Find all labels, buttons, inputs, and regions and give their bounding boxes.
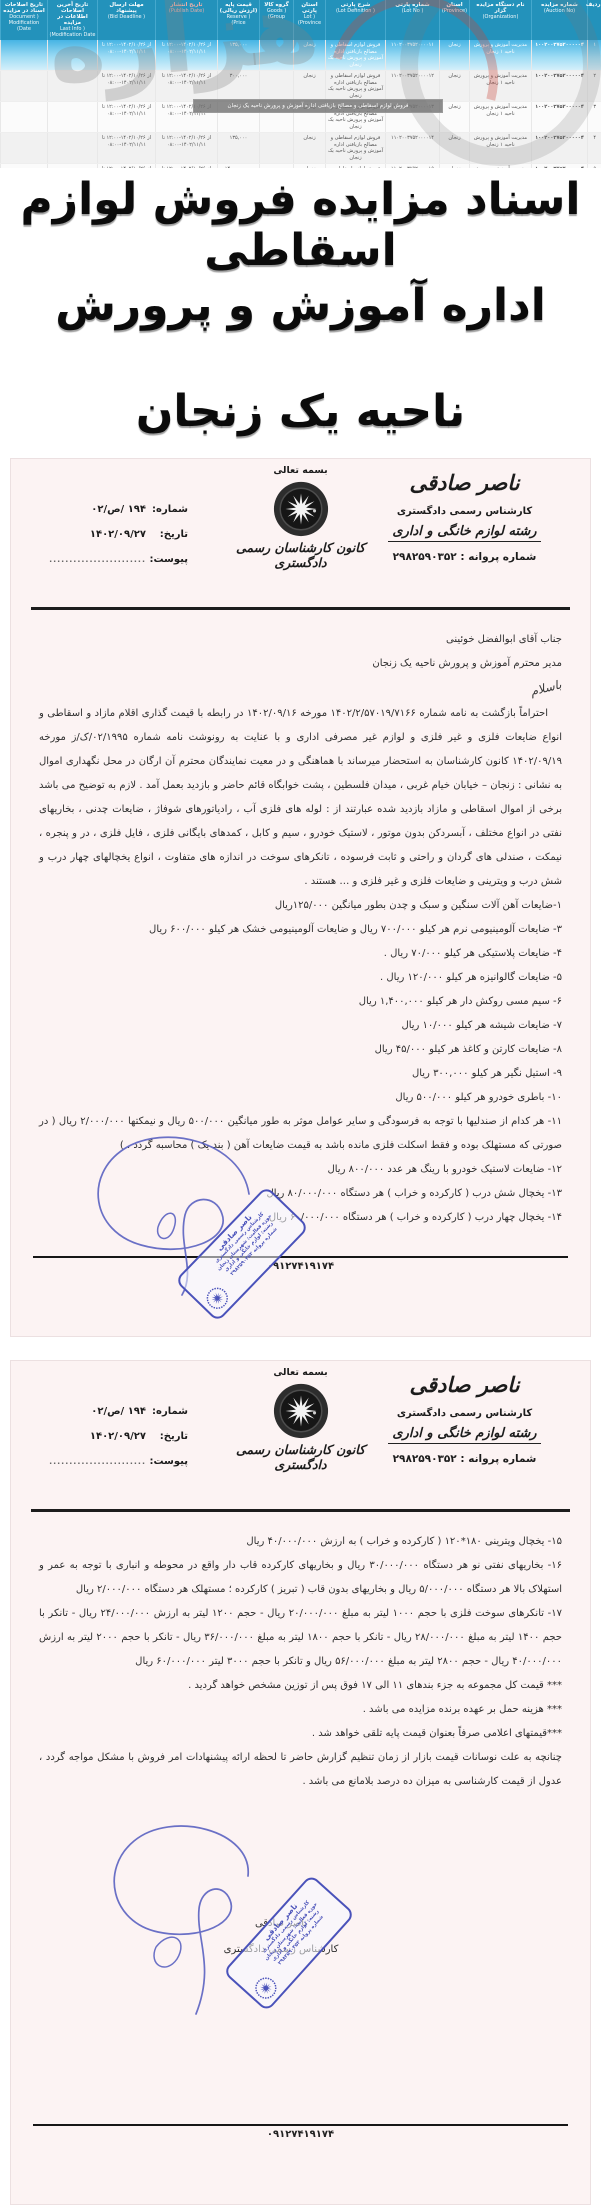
cell-doc_mod	[1, 71, 48, 102]
number-value: ۱۹۴ /ص/۰۲	[91, 504, 146, 515]
cell-province: زنجان	[440, 133, 470, 164]
page-footer-1: ۰۹۱۲۷۴۱۹۱۷۴	[33, 1256, 568, 1272]
attachment-value: ........................	[49, 555, 146, 564]
cell-lot_province: زنجان	[294, 40, 326, 71]
column-header-lot_province: استان پارتی( Lot Province)	[294, 0, 326, 40]
expert-field: رشته لوازم خانگی و اداری	[388, 524, 540, 542]
lot-definition-tooltip: فروش لوازم اسقاطی و مصالح بازیافتی اداره…	[193, 99, 443, 113]
footer-divider	[33, 2124, 568, 2126]
cell-org: مدیریت آموزش و پرورش ناحیه ۱ زنجان	[470, 102, 532, 133]
auction-table: ردیفشماره مزایده(Auction No)نام دستگاه م…	[0, 0, 601, 168]
column-header-goods_group: گروه کالا( Goods Group)	[260, 0, 294, 40]
cell-province: زنجان	[440, 40, 470, 71]
cell-last_mod	[48, 40, 98, 71]
table-header-row: ردیفشماره مزایده(Auction No)نام دستگاه م…	[1, 0, 601, 40]
cell-lot_no[interactable]: ۱۱۰۲۰۰۳۷۵۲۰۰۰۰۱۴	[386, 133, 440, 164]
cell-org: مدیریت آموزش و پرورش ناحیه ۱ زنجان	[470, 133, 532, 164]
letter-item: ۱۳- یخچال شش درب ( کارکرده و خراب ) هر د…	[39, 1182, 562, 1206]
cell-last_mod	[48, 102, 98, 133]
letter-item: *** قیمت کل مجموعه به جزء بندهای ۱۱ الی …	[39, 1674, 562, 1698]
cell-province: زنجان	[440, 71, 470, 102]
letter-item: ۹- استیل نگیر هر کیلو ۳۰۰,۰۰۰ ریال	[39, 1062, 562, 1086]
closing-paragraph: چنانچه به علت نوسانات قیمت بازار از زمان…	[39, 1746, 562, 1794]
auction-table-row: ۲۱۰۰۲۰۰۳۷۵۲۰۰۰۰۰۴مدیریت آموزش و پرورش نا…	[1, 71, 601, 102]
cell-goods_group	[260, 71, 294, 102]
column-header-last_mod: تاریخ آخرین اصلاحات اطلاعات در مزایده( L…	[48, 0, 98, 40]
cell-publish: از ۱۴۰۲/۱۰/۲۶-۱۲:۰۰ تا ۱۴۰۲/۱۱/۱۱-۰۸:۰۰	[156, 133, 218, 164]
cell-deadline: از ۱۴۰۲/۱۰/۲۶-۱۲:۰۰ تا ۱۴۰۲/۱۱/۱۱-۰۸:۰۰	[98, 133, 156, 164]
letter-item: ۱-ضایعات آهن آلات سنگین و سبک و چدن بطور…	[39, 894, 562, 918]
footer-phone: ۰۹۱۲۷۴۱۹۱۷۴	[33, 1261, 568, 1272]
cell-org: مدیریت آموزش و پرورش ناحیه ۱ زنجان	[470, 40, 532, 71]
cell-idx: ۱	[588, 40, 601, 71]
cell-goods_group	[260, 40, 294, 71]
justice-society-logo-icon	[211, 480, 391, 538]
bismillah-text: بسمه تعالی	[211, 1367, 391, 1378]
letter-item: ***قیمتهای اعلامی صرفاً بعنوان قیمت پایه…	[39, 1722, 562, 1746]
cell-lot_def: فروش لوازم اسقاطی و مصالح بازیافتی اداره…	[326, 133, 386, 164]
cell-idx: ۳	[588, 102, 601, 133]
document-title: اسناد مزایده فروش لوازم اسقاطی اداره آمو…	[0, 168, 601, 458]
letter-item: ۷- ضایعات شیشه هر کیلو ۱۰/۰۰۰ ریال	[39, 1014, 562, 1038]
letter-body-2: ۱۵- یخچال ویترینی ۱۸۰*۱۲۰ ( کارکرده و خر…	[11, 1512, 590, 1794]
letter-item: ۱۰- باطری خودرو هر کیلو ۵۰۰/۰۰۰ ریال	[39, 1086, 562, 1110]
cell-goods_group	[260, 133, 294, 164]
handwritten-salutation: باسلام	[528, 673, 565, 704]
letter-item: *** هزینه حمل بر عهده برنده مزایده می با…	[39, 1698, 562, 1722]
letter-item: ۳- ضایعات آلومینیومی نرم هر کیلو ۷۰۰/۰۰۰…	[39, 918, 562, 942]
auction-table-row: ۱۱۰۰۲۰۰۳۷۵۲۰۰۰۰۰۴مدیریت آموزش و پرورش نا…	[1, 40, 601, 71]
column-header-price: قیمت پایه (ارزش ریالی)( Reserve Price)	[218, 0, 260, 40]
letterhead: ناصر صادقی کارشناس رسمی دادگستری رشته لو…	[11, 1361, 590, 1509]
letter-paragraph: احتراماً بازگشت به نامه شماره ۱۴۰۲/۲/۵۷۰…	[39, 702, 562, 894]
cell-doc_mod	[1, 102, 48, 133]
auction-table-row: ۴۱۰۰۲۰۰۳۷۵۲۰۰۰۰۰۴مدیریت آموزش و پرورش نا…	[1, 133, 601, 164]
letterhead: ناصر صادقی کارشناس رسمی دادگستری رشته لو…	[11, 459, 590, 607]
cell-last_mod	[48, 133, 98, 164]
attachment-label: پیوست:	[146, 547, 188, 572]
column-header-province: استان(Province)	[440, 0, 470, 40]
cell-price: ۳۰۰,۰۰۰	[218, 71, 260, 102]
letter-body-1: جناب آقای ابوالفضل خوئینی مدیر محترم آمو…	[11, 610, 590, 1230]
cell-lot_province: زنجان	[294, 133, 326, 164]
date-value: ۱۴۰۲/۰۹/۲۷	[90, 1431, 146, 1442]
title-line-2: اداره آموزش و پرورش	[0, 280, 601, 331]
footer-phone: ۰۹۱۲۷۴۱۹۱۷۴	[33, 2129, 568, 2140]
title-line-1: اسناد مزایده فروش لوازم اسقاطی	[0, 174, 601, 276]
letter-item: ۶- سیم مسی روکش دار هر کیلو ۱,۴۰۰,۰۰۰ ری…	[39, 990, 562, 1014]
column-header-lot_def: شرح پارتی( Lot Definition)	[326, 0, 386, 40]
cell-idx: ۲	[588, 71, 601, 102]
cell-province: زنجان	[440, 102, 470, 133]
cell-lot_no[interactable]: ۱۱۰۲۰۰۳۷۵۲۰۰۰۰۱۲	[386, 71, 440, 102]
cell-lot_def: فروش لوازم اسقاطی و مصالح بازیافتی اداره…	[326, 40, 386, 71]
page-footer-2: ۰۹۱۲۷۴۱۹۱۷۴	[33, 2124, 568, 2140]
notes-list: *** قیمت کل مجموعه به جزء بندهای ۱۱ الی …	[39, 1674, 562, 1746]
column-header-doc_mod: تاریخ اصلاحات اسناد در مزایده( Document …	[1, 0, 48, 40]
date-value: ۱۴۰۲/۰۹/۲۷	[90, 529, 146, 540]
cell-price: ۱۳۵,۰۰۰	[218, 133, 260, 164]
date-label: تاریخ:	[146, 522, 188, 547]
cell-lot_province: زنجان	[294, 71, 326, 102]
recipient-line-1: جناب آقای ابوالفضل خوئینی	[39, 628, 562, 652]
column-header-deadline: مهلت ارسال پیشنهاد( Bid Deadline)	[98, 0, 156, 40]
cell-doc_mod	[1, 133, 48, 164]
screenshot-root: ردیفشماره مزایده(Auction No)نام دستگاه م…	[0, 0, 601, 2205]
letterhead-ref-block: شماره:۱۹۴ /ص/۰۲ تاریخ:۱۴۰۲/۰۹/۲۷ پیوست:.…	[33, 1399, 188, 1474]
attachment-value: ........................	[49, 1457, 146, 1466]
footer-divider	[33, 1256, 568, 1258]
letter-item: ۱۵- یخچال ویترینی ۱۸۰*۱۲۰ ( کارکرده و خر…	[39, 1530, 562, 1554]
letter-item: ۵- ضایعات گالوانیزه هر کیلو ۱۲۰/۰۰۰ ریال…	[39, 966, 562, 990]
justice-society-logo-icon	[211, 1382, 391, 1440]
cell-auction: ۱۰۰۲۰۰۳۷۵۲۰۰۰۰۰۴	[532, 71, 588, 102]
column-header-idx: ردیف	[588, 0, 601, 40]
cell-idx: ۴	[588, 133, 601, 164]
cell-org: مدیریت آموزش و پرورش ناحیه ۱ زنجان	[470, 71, 532, 102]
cell-auction: ۱۰۰۲۰۰۳۷۵۲۰۰۰۰۰۴	[532, 102, 588, 133]
recipient-line-2: مدیر محترم آموزش و پرورش ناحیه یک زنجان	[39, 652, 562, 676]
attachment-label: پیوست:	[146, 1449, 188, 1474]
cell-lot_def: فروش لوازم اسقاطی و مصالح بازیافتی اداره…	[326, 71, 386, 102]
price-items-list-1: ۱-ضایعات آهن آلات سنگین و سبک و چدن بطور…	[39, 894, 562, 1230]
society-name: کانون کارشناسان رسمی دادگستری	[211, 1442, 391, 1472]
letterhead-center-block: بسمه تعالی کانون کارشناسان رسمی دادگستری	[211, 1367, 391, 1472]
letterhead-ref-block: شماره:۱۹۴ /ص/۰۲ تاریخ:۱۴۰۲/۰۹/۲۷ پیوست:.…	[33, 497, 188, 572]
society-name: کانون کارشناسان رسمی دادگستری	[211, 540, 391, 570]
number-label: شماره:	[146, 497, 188, 522]
auction-results-section: ردیفشماره مزایده(Auction No)نام دستگاه م…	[0, 0, 601, 168]
letter-item: ۱۱- هر کدام از صندلیها با توجه به فرسودگ…	[39, 1110, 562, 1158]
number-label: شماره:	[146, 1399, 188, 1424]
letter-page-1: ناصر صادقی کارشناس رسمی دادگستری رشته لو…	[10, 458, 591, 1337]
letter-item: ۱۲- ضایعات لاستیک خودرو با رینگ هر عدد ۸…	[39, 1158, 562, 1182]
cell-doc_mod	[1, 40, 48, 71]
cell-last_mod	[48, 71, 98, 102]
price-items-list-2: ۱۵- یخچال ویترینی ۱۸۰*۱۲۰ ( کارکرده و خر…	[39, 1530, 562, 1674]
letter-page-2: ناصر صادقی کارشناس رسمی دادگستری رشته لو…	[10, 1360, 591, 2205]
number-value: ۱۹۴ /ص/۰۲	[91, 1406, 146, 1417]
column-header-lot_no: شماره پارتی( Lot No)	[386, 0, 440, 40]
cell-lot_no[interactable]: ۱۱۰۲۰۰۳۷۵۲۰۰۰۰۱۱	[386, 40, 440, 71]
letter-item: ۸- ضایعات کارتن و کاغذ هر کیلو ۴۵/۰۰۰ ری…	[39, 1038, 562, 1062]
bismillah-text: بسمه تعالی	[211, 465, 391, 476]
column-header-org: نام دستگاه مزایده گزار(Organization)	[470, 0, 532, 40]
letter-item: ۱۷- تانکرهای سوخت فلزی با حجم ۱۰۰۰ لیتر …	[39, 1602, 562, 1674]
cell-deadline: از ۱۴۰۲/۱۰/۲۶-۱۲:۰۰ تا ۱۴۰۲/۱۱/۱۱-۰۸:۰۰	[98, 102, 156, 133]
letter-item: ۴- ضایعات پلاستیکی هر کیلو ۷۰/۰۰۰ ریال .	[39, 942, 562, 966]
cell-deadline: از ۱۴۰۲/۱۰/۲۶-۱۲:۰۰ تا ۱۴۰۲/۱۱/۱۱-۰۸:۰۰	[98, 71, 156, 102]
column-header-auction: شماره مزایده(Auction No)	[532, 0, 588, 40]
cell-price: ۱۳۵,۰۰۰	[218, 40, 260, 71]
cell-auction: ۱۰۰۲۰۰۳۷۵۲۰۰۰۰۰۴	[532, 133, 588, 164]
letterhead-center-block: بسمه تعالی کانون کارشناسان رسمی دادگستری	[211, 465, 391, 570]
expert-field: رشته لوازم خانگی و اداری	[388, 1426, 540, 1444]
cell-auction: ۱۰۰۲۰۰۳۷۵۲۰۰۰۰۰۴	[532, 40, 588, 71]
letter-item: ۱۶- بخاریهای نفتی نو هر دستگاه ۳۰/۰۰۰/۰۰…	[39, 1554, 562, 1602]
title-line-3: ناحیه یک زنجان	[0, 386, 601, 437]
cell-publish: از ۱۴۰۲/۱۰/۲۶-۱۲:۰۰ تا ۱۴۰۲/۱۱/۱۱-۰۸:۰۰	[156, 71, 218, 102]
date-label: تاریخ:	[146, 1424, 188, 1449]
cell-publish: از ۱۴۰۲/۱۰/۲۶-۱۲:۰۰ تا ۱۴۰۲/۱۱/۱۱-۰۸:۰۰	[156, 40, 218, 71]
cell-deadline: از ۱۴۰۲/۱۰/۲۶-۱۲:۰۰ تا ۱۴۰۲/۱۱/۱۱-۰۸:۰۰	[98, 40, 156, 71]
column-header-publish: تاریخ انتشار(Publish Date)	[156, 0, 218, 40]
